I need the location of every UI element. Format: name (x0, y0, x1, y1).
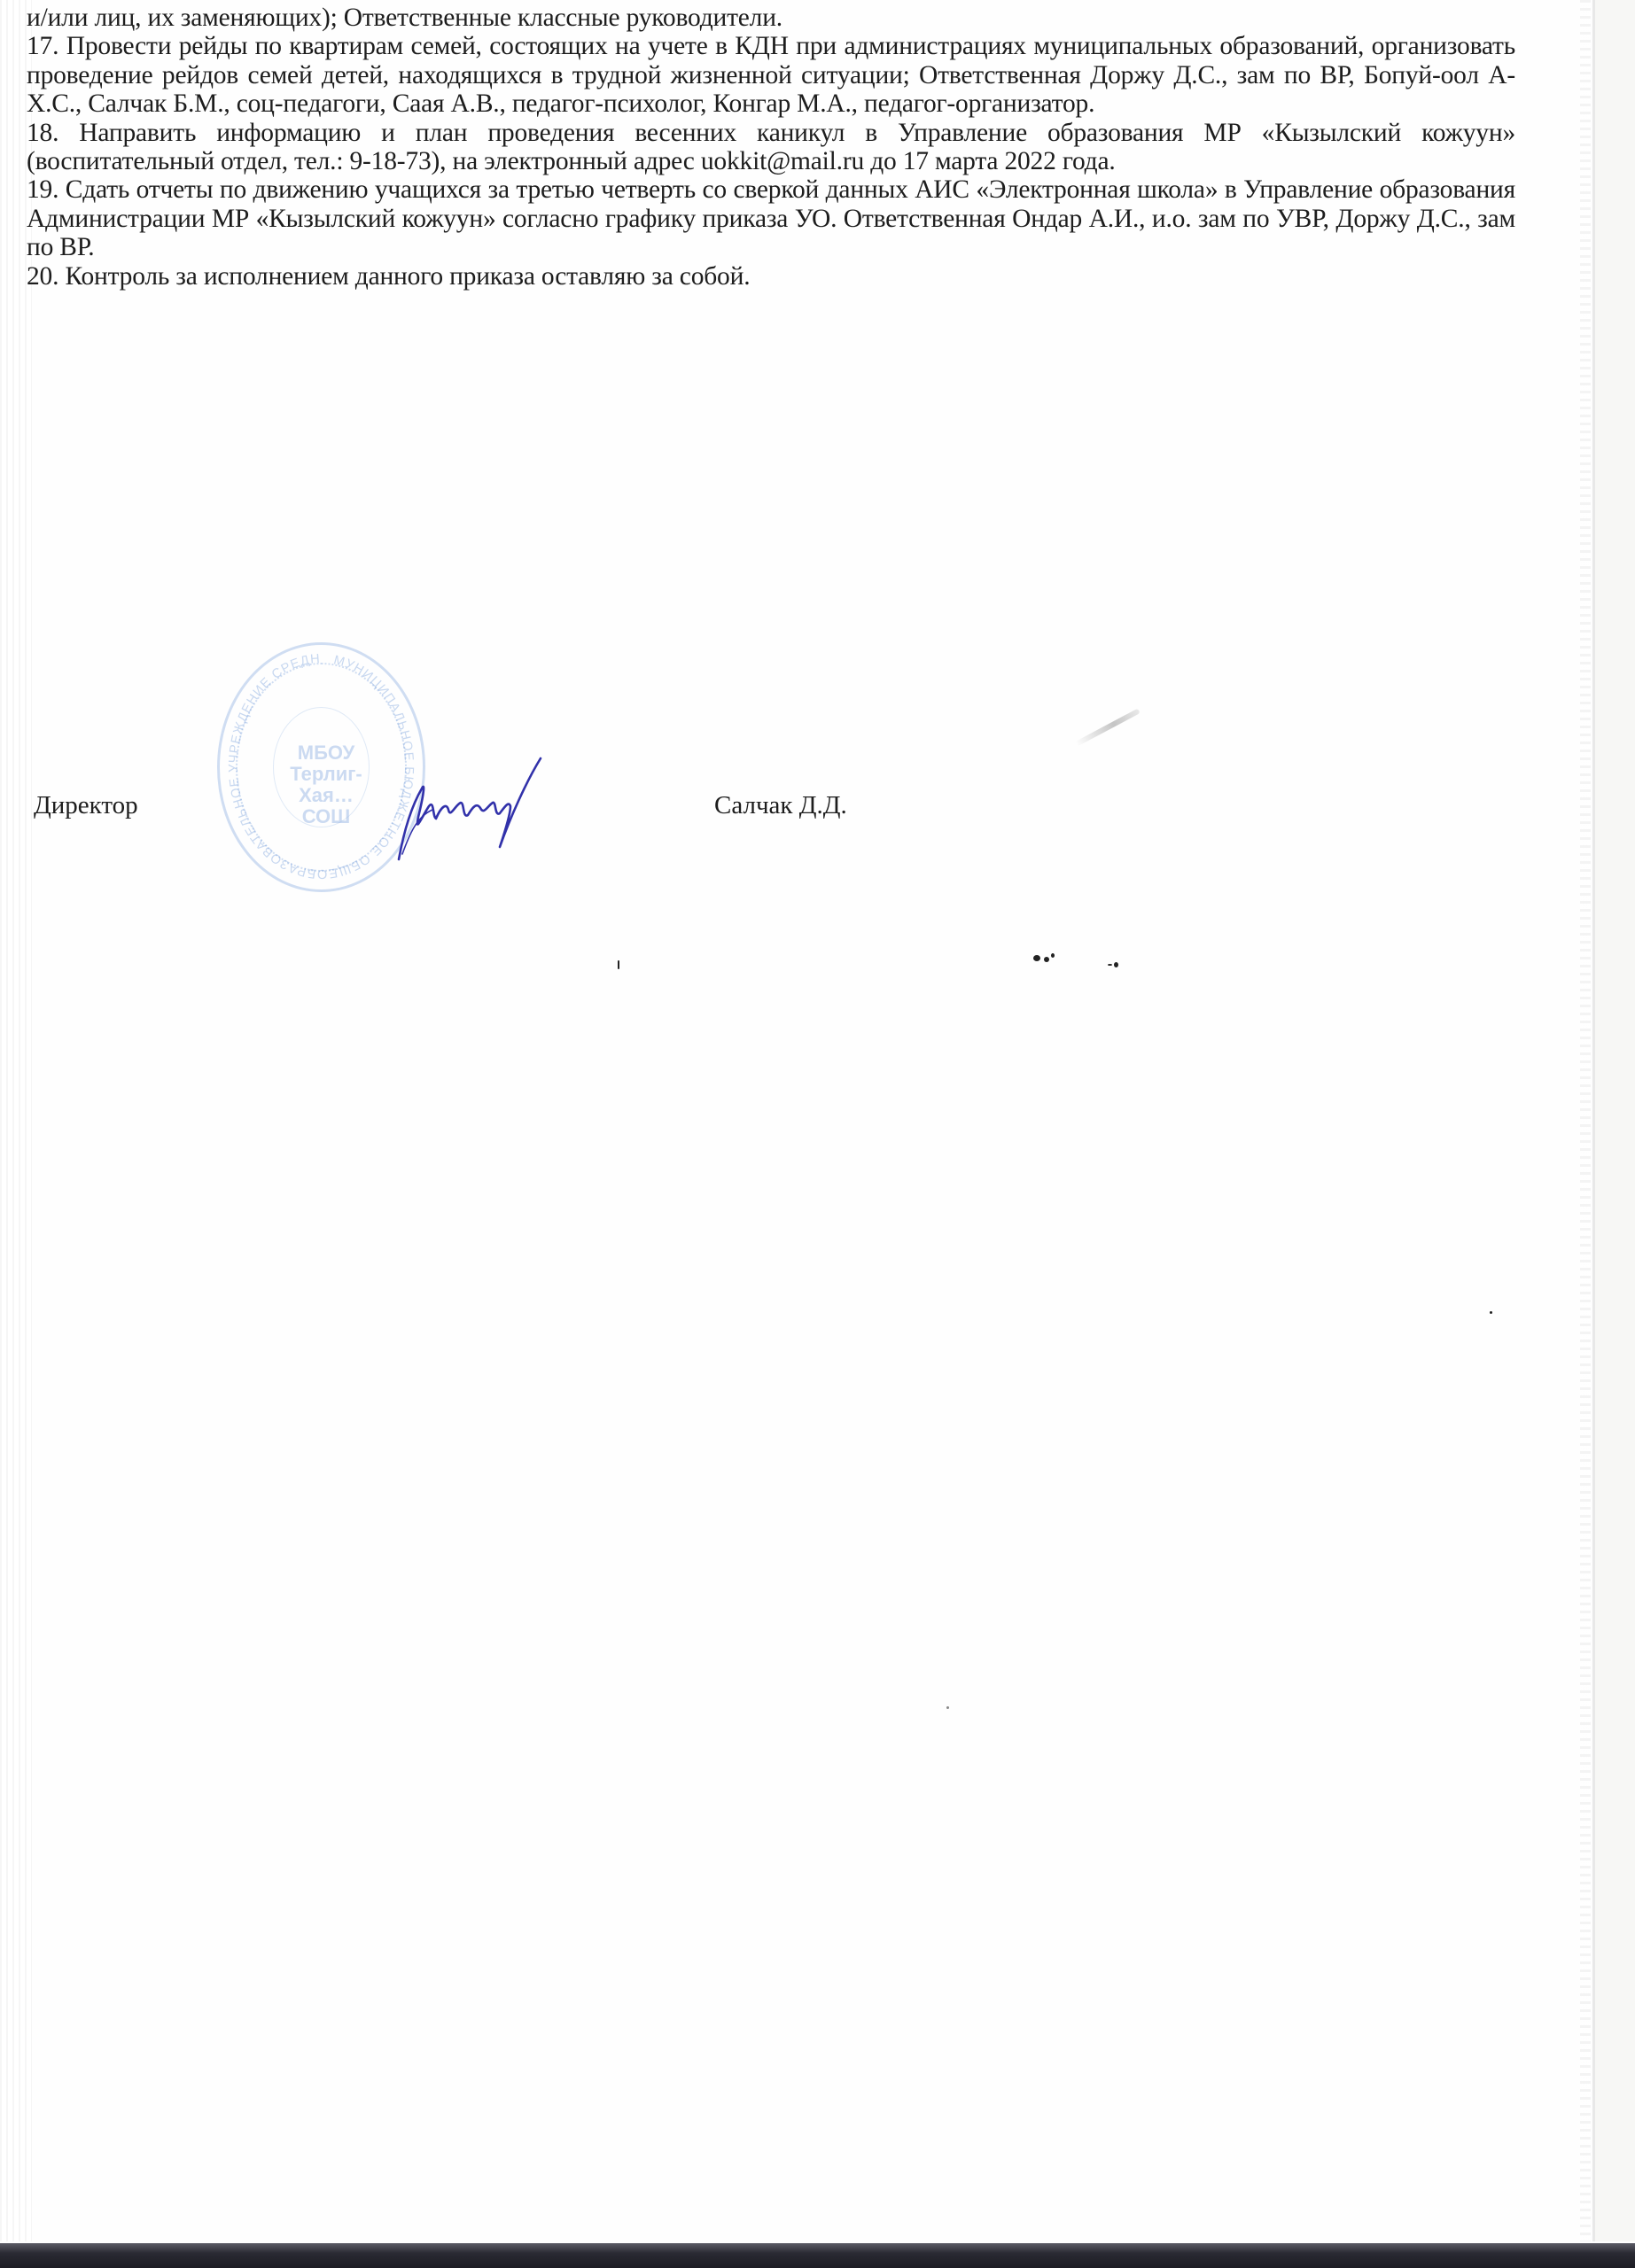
handwritten-signature-icon (370, 755, 574, 870)
scan-speck (1108, 964, 1112, 966)
scanner-bottom-edge (0, 2243, 1635, 2268)
stamp-line-1: МБОУ (264, 742, 388, 764)
signature-row: Директор Салчак Д.Д. (0, 780, 1635, 833)
scan-speck (946, 1706, 949, 1709)
scan-left-edge (0, 0, 32, 2241)
paragraph-item-19: 19. Сдать отчеты по движению учащихся за… (27, 175, 1515, 261)
scan-speck (1033, 955, 1040, 961)
scan-speck (618, 960, 619, 969)
order-body-text: и/или лиц, их заменяющих); Ответственные… (27, 4, 1515, 291)
paragraph-continuation: и/или лиц, их заменяющих); Ответственные… (27, 4, 1515, 32)
paragraph-item-20: 20. Контроль за исполнением данного прик… (27, 262, 1515, 291)
scanned-page: и/или лиц, их заменяющих); Ответственные… (0, 0, 1635, 2268)
paragraph-item-17: 17. Провести рейды по квартирам семей, с… (27, 32, 1515, 118)
signatory-name: Салчак Д.Д. (714, 791, 847, 820)
signatory-title: Директор (34, 791, 138, 820)
scan-speck (1044, 957, 1049, 962)
scan-right-edge (1592, 0, 1635, 2241)
scan-speck (1051, 953, 1055, 958)
scan-speck (1114, 962, 1118, 967)
scan-speck (1490, 1311, 1492, 1314)
paragraph-item-18: 18. Направить информацию и план проведен… (27, 119, 1515, 176)
scan-smudge (1075, 709, 1140, 747)
